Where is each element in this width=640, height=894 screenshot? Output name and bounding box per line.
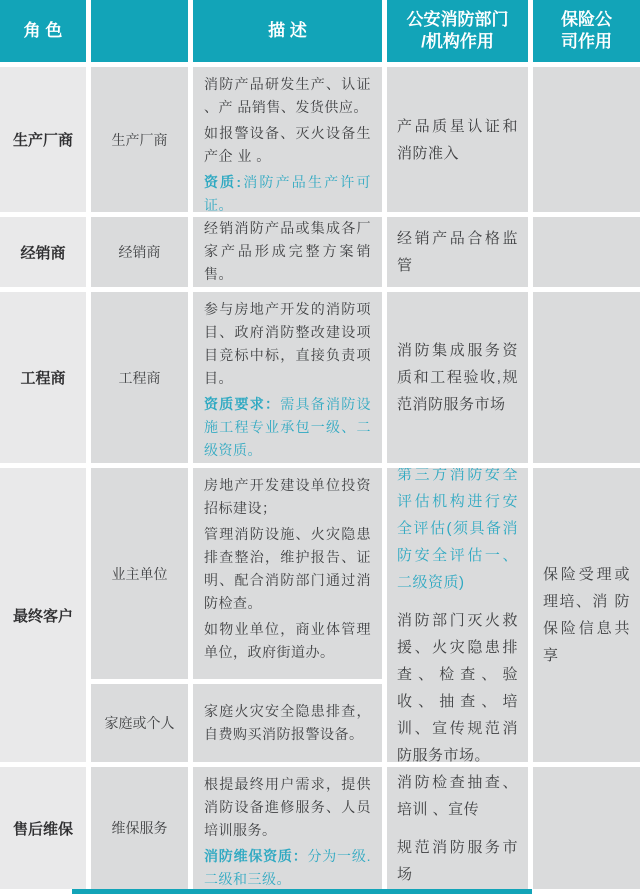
owner-desc-p1: 房地产开发建设单位投资招标建设； <box>204 474 371 520</box>
cell-contractor-fire: 消防集成服务资质和工程验收,规范消防服务市场 <box>387 292 528 463</box>
cell-end-customer-fire: 第三方消防安全评估机构进行安全评估(须具备消防安全评估一、二级资质) 消防部门灭… <box>387 468 528 762</box>
cell-distributor-fire: 经销产品合格监管 <box>387 217 528 287</box>
cell-manufacturer-insurance <box>533 67 640 212</box>
cell-end-customer-role: 最终客户 <box>0 468 86 762</box>
cell-distributor-subrole: 经销商 <box>91 217 188 287</box>
maintenance-note-label: 消防维保资质： <box>204 848 307 864</box>
cell-manufacturer-description: 消防产品研发生产、认证 、产 品销售、发货供应。 如报警设备、灭火设备生产企 业… <box>193 67 382 212</box>
manufacturer-fire-text: 产品质星认证和消防准入 <box>397 113 518 167</box>
owner-desc-p2: 管理消防设施、火灾隐患排查整治，维护报告、证明、配合消防部门通过消防检查。 <box>204 523 371 615</box>
contractor-note-label: 资质要求： <box>204 396 280 412</box>
cell-maintenance-subrole: 维保服务 <box>91 767 188 889</box>
manufacturer-qualification-note: 资质:消防产品生产许可证。 <box>204 171 371 212</box>
header-description: 描 述 <box>193 0 382 62</box>
cell-distributor-insurance <box>533 217 640 287</box>
header-role-label: 角 色 <box>24 20 63 42</box>
contractor-qualification-note: 资质要求：需具备消防设施工程专业承包一级、二级资质。 <box>204 393 371 462</box>
next-row-teal-strip <box>72 889 532 894</box>
cell-manufacturer-subrole: 生产厂商 <box>91 67 188 212</box>
cell-owner-description: 房地产开发建设单位投资招标建设； 管理消防设施、火灾隐患排查整治，维护报告、证明… <box>193 468 382 679</box>
cell-contractor-role: 工程商 <box>0 292 86 463</box>
cell-contractor-insurance <box>533 292 640 463</box>
manufacturer-note-label: 资质: <box>204 174 242 190</box>
cell-maintenance-description: 根提最终用户需求，提供消防设备進修服务、人员培训服务。 消防维保资质：分为一级.… <box>193 767 382 889</box>
owner-desc-p3: 如物业单位，商业体管理单位，政府街道办。 <box>204 618 371 664</box>
maintenance-desc-p1: 根提最终用户需求，提供消防设备進修服务、人员培训服务。 <box>204 773 371 842</box>
header-fire-line1: 公安消防部门 <box>407 9 509 31</box>
header-description-label: 描 述 <box>268 20 307 42</box>
cell-end-customer-insurance: 保险受理或理培、消 防保险信息共享 <box>533 468 640 762</box>
manufacturer-desc-p2: 如报警设备、灭火设备生产企 业 。 <box>204 122 371 168</box>
contractor-desc-p1: 参与房地产开发的消防项目、政府消防整改建设项目竞标中标，直接负责项目。 <box>204 298 371 390</box>
cell-manufacturer-role: 生产厂商 <box>0 67 86 212</box>
distributor-desc-p1: 经销消防产品或集成各厂家产品形成完整方案销售。 <box>204 217 371 286</box>
cell-contractor-subrole: 工程商 <box>91 292 188 463</box>
end-customer-insurance-text: 保险受理或理培、消 防保险信息共享 <box>543 561 630 669</box>
cell-maintenance-insurance <box>533 767 640 889</box>
cell-maintenance-role: 售后维保 <box>0 767 86 889</box>
cell-maintenance-fire: 消防检查抽查、培训 、宣传 规范消防服务市场 <box>387 767 528 889</box>
end-customer-fire-text: 消防部门灭火救援、火灾隐患排查、检查、验收、抽查、培训、宣传规范消防服务市场。 <box>397 607 518 762</box>
header-insurance-line1: 保险公 <box>561 9 612 31</box>
maintenance-fire-p2: 规范消防服务市场 <box>397 834 518 888</box>
header-role: 角 色 <box>0 0 86 62</box>
header-insurance-line2: 司作用 <box>561 31 612 53</box>
header-fire-line2: /机构作用 <box>421 31 494 53</box>
cell-distributor-description: 经销消防产品或集成各厂家产品形成完整方案销售。 <box>193 217 382 287</box>
header-fire-department: 公安消防部门 /机构作用 <box>387 0 528 62</box>
maintenance-qualification-note: 消防维保资质：分为一级. 二级和三级。 <box>204 845 371 889</box>
manufacturer-desc-p1: 消防产品研发生产、认证 、产 品销售、发货供应。 <box>204 73 371 119</box>
roles-table: 角 色 描 述 公安消防部门 /机构作用 保险公 司作用 生产厂商 生产厂商 消… <box>0 0 640 894</box>
header-subrole <box>91 0 188 62</box>
cell-family-description: 家庭火灾安全隐患排查，自费购买消防报警设备。 <box>193 684 382 762</box>
cell-owner-subrole: 业主单位 <box>91 468 188 679</box>
header-insurance-company: 保险公 司作用 <box>533 0 640 62</box>
cell-contractor-description: 参与房地产开发的消防项目、政府消防整改建设项目竞标中标，直接负责项目。 资质要求… <box>193 292 382 463</box>
contractor-fire-text: 消防集成服务资质和工程验收,规范消防服务市场 <box>397 337 518 418</box>
cell-family-subrole: 家庭或个人 <box>91 684 188 762</box>
maintenance-fire-p1: 消防检查抽查、培训 、宣传 <box>397 769 518 823</box>
distributor-fire-text: 经销产品合格监管 <box>397 225 518 279</box>
family-desc-p1: 家庭火灾安全隐患排查，自费购买消防报警设备。 <box>204 700 371 746</box>
cell-manufacturer-fire: 产品质星认证和消防准入 <box>387 67 528 212</box>
cell-distributor-role: 经销商 <box>0 217 86 287</box>
end-customer-fire-note: 第三方消防安全评估机构进行安全评估(须具备消防安全评估一、二级资质) <box>397 468 518 596</box>
